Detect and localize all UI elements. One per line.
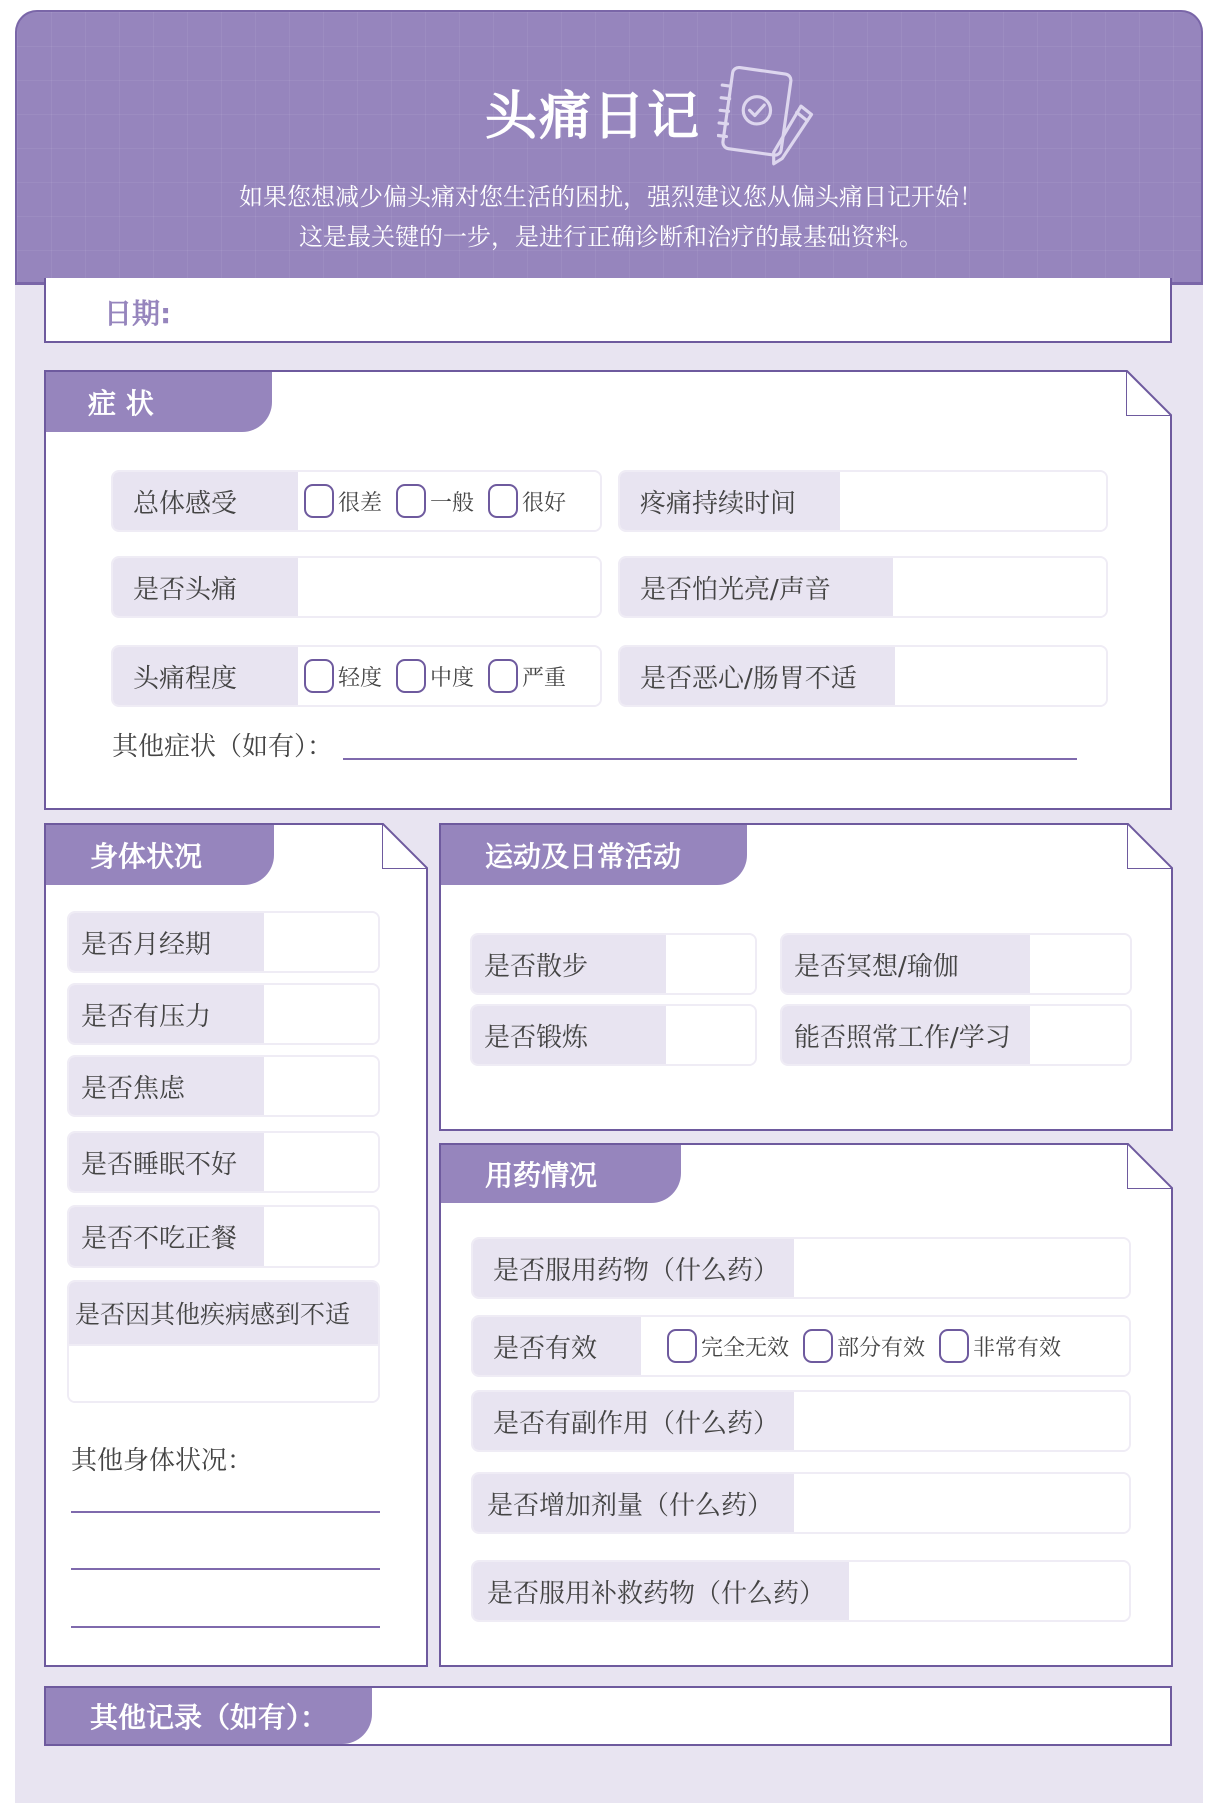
body-item-input[interactable]: [264, 1133, 378, 1191]
light-sound-label: 是否怕光亮/声音: [620, 558, 893, 616]
other-disease-input[interactable]: [69, 1344, 378, 1401]
other-body-line-3[interactable]: [71, 1626, 380, 1628]
page-fold-icon: [1127, 823, 1173, 869]
body-item-input[interactable]: [264, 1057, 378, 1115]
checkbox-icon[interactable]: [396, 484, 426, 518]
rescue-medication-input[interactable]: [849, 1562, 1129, 1620]
symptoms-tab: 症 状: [46, 372, 272, 432]
pain-duration-input[interactable]: [840, 472, 1106, 530]
body-anxiety-field[interactable]: 是否焦虑: [67, 1055, 380, 1117]
activity-input[interactable]: [666, 935, 755, 993]
body-sleep-field[interactable]: 是否睡眠不好: [67, 1131, 380, 1193]
body-item-label: 是否月经期: [69, 913, 264, 971]
body-other-disease-field[interactable]: 是否因其他疾病感到不适: [67, 1280, 380, 1403]
page-fold-icon: [1127, 1143, 1173, 1189]
has-headache-field[interactable]: 是否头痛: [111, 556, 602, 618]
pain-duration-label: 疼痛持续时间: [620, 472, 840, 530]
checkbox-icon[interactable]: [304, 659, 334, 693]
activity-meditate-field[interactable]: 是否冥想/瑜伽: [780, 933, 1132, 995]
header-banner: 头痛日记 如果您想减少偏头痛对您生活的困扰，强烈建议您从偏头痛日记开始！ 这是最…: [15, 10, 1203, 285]
other-body-label: 其他身体状况：: [71, 1440, 253, 1477]
activity-exercise-field[interactable]: 是否锻炼: [470, 1004, 757, 1066]
checkbox-icon[interactable]: [304, 484, 334, 518]
checkbox-icon[interactable]: [667, 1329, 697, 1363]
light-sound-field[interactable]: 是否怕光亮/声音: [618, 556, 1108, 618]
medication-effective-label: 是否有效: [473, 1317, 641, 1375]
nausea-input[interactable]: [895, 647, 1106, 705]
rescue-medication-label: 是否服用补救药物（什么药）: [473, 1562, 849, 1620]
subtitle-line-2: 这是最关键的一步，是进行正确诊断和治疗的最基础资料。: [17, 217, 1205, 252]
activities-tab: 运动及日常活动: [441, 825, 747, 885]
body-item-label: 是否有压力: [69, 985, 264, 1043]
severity-field: 头痛程度 轻度 中度 严重: [111, 645, 602, 707]
option-good[interactable]: 很好: [488, 484, 566, 518]
other-body-line-1[interactable]: [71, 1511, 380, 1513]
dose-increase-input[interactable]: [794, 1474, 1129, 1532]
severity-label: 头痛程度: [113, 647, 298, 705]
activity-label: 是否冥想/瑜伽: [782, 935, 1030, 993]
light-sound-input[interactable]: [893, 558, 1106, 616]
dose-increase-field[interactable]: 是否增加剂量（什么药）: [471, 1472, 1131, 1534]
medication-tab: 用药情况: [441, 1145, 681, 1203]
symptoms-title: 症 状: [88, 382, 154, 422]
body-item-label: 是否不吃正餐: [69, 1207, 264, 1266]
option-severe[interactable]: 严重: [488, 659, 566, 693]
has-headache-input[interactable]: [298, 558, 600, 616]
body-item-input[interactable]: [264, 1207, 378, 1266]
option-very-effective[interactable]: 非常有效: [939, 1329, 1061, 1363]
medication-taking-label: 是否服用药物（什么药）: [473, 1239, 794, 1297]
date-box[interactable]: 日期:: [44, 278, 1172, 343]
body-item-label: 是否睡眠不好: [69, 1133, 264, 1191]
activity-input[interactable]: [666, 1006, 755, 1064]
checkbox-icon[interactable]: [939, 1329, 969, 1363]
overall-feeling-label: 总体感受: [113, 472, 298, 530]
nausea-field[interactable]: 是否恶心/肠胃不适: [618, 645, 1108, 707]
activity-input[interactable]: [1030, 935, 1130, 993]
activity-walk-field[interactable]: 是否散步: [470, 933, 757, 995]
other-symptoms-line[interactable]: [343, 758, 1077, 760]
rescue-medication-field[interactable]: 是否服用补救药物（什么药）: [471, 1560, 1131, 1622]
pain-duration-field[interactable]: 疼痛持续时间: [618, 470, 1108, 532]
option-average[interactable]: 一般: [396, 484, 474, 518]
activity-label: 是否散步: [472, 935, 666, 993]
option-not-effective[interactable]: 完全无效: [667, 1329, 789, 1363]
body-item-input[interactable]: [264, 913, 378, 971]
date-label: 日期:: [104, 292, 171, 332]
body-item-input[interactable]: [264, 985, 378, 1043]
medication-taking-field[interactable]: 是否服用药物（什么药）: [471, 1237, 1131, 1299]
page-title: 头痛日记: [485, 74, 701, 149]
overall-feeling-field: 总体感受 很差 一般 很好: [111, 470, 602, 532]
activities-title: 运动及日常活动: [485, 835, 681, 875]
checkbox-icon[interactable]: [488, 484, 518, 518]
body-title: 身体状况: [90, 835, 202, 875]
notebook-pencil-icon: [717, 62, 822, 167]
body-tab: 身体状况: [46, 825, 274, 885]
medication-title: 用药情况: [485, 1154, 597, 1194]
side-effects-label: 是否有副作用（什么药）: [473, 1392, 794, 1450]
page-fold-icon: [1126, 370, 1172, 416]
nausea-label: 是否恶心/肠胃不适: [620, 647, 895, 705]
option-partly-effective[interactable]: 部分有效: [803, 1329, 925, 1363]
other-disease-label: 是否因其他疾病感到不适: [69, 1282, 378, 1344]
checkbox-icon[interactable]: [803, 1329, 833, 1363]
other-records-box[interactable]: 其他记录（如有）：: [44, 1686, 1172, 1746]
checkbox-icon[interactable]: [488, 659, 518, 693]
option-mild[interactable]: 轻度: [304, 659, 382, 693]
activity-input[interactable]: [1030, 1006, 1130, 1064]
medication-taking-input[interactable]: [794, 1239, 1129, 1297]
page-fold-icon: [382, 823, 428, 869]
has-headache-label: 是否头痛: [113, 558, 298, 616]
dose-increase-label: 是否增加剂量（什么药）: [473, 1474, 794, 1532]
other-body-line-2[interactable]: [71, 1568, 380, 1570]
body-meals-field[interactable]: 是否不吃正餐: [67, 1205, 380, 1268]
activity-label: 能否照常工作/学习: [782, 1006, 1030, 1064]
body-menstrual-field[interactable]: 是否月经期: [67, 911, 380, 973]
activity-label: 是否锻炼: [472, 1006, 666, 1064]
medication-effective-field: 是否有效 完全无效 部分有效 非常有效: [471, 1315, 1131, 1377]
other-records-label: 其他记录（如有）：: [90, 1696, 328, 1736]
subtitle-line-1: 如果您想减少偏头痛对您生活的困扰，强烈建议您从偏头痛日记开始！: [17, 177, 1205, 212]
other-records-tab: 其他记录（如有）：: [46, 1688, 372, 1744]
body-stress-field[interactable]: 是否有压力: [67, 983, 380, 1045]
body-item-label: 是否焦虑: [69, 1057, 264, 1115]
side-effects-field[interactable]: 是否有副作用（什么药）: [471, 1390, 1131, 1452]
option-moderate[interactable]: 中度: [396, 659, 474, 693]
activity-work-field[interactable]: 能否照常工作/学习: [780, 1004, 1132, 1066]
checkbox-icon[interactable]: [396, 659, 426, 693]
side-effects-input[interactable]: [794, 1392, 1129, 1450]
other-symptoms-label: 其他症状（如有）：: [112, 726, 333, 763]
option-poor[interactable]: 很差: [304, 484, 382, 518]
